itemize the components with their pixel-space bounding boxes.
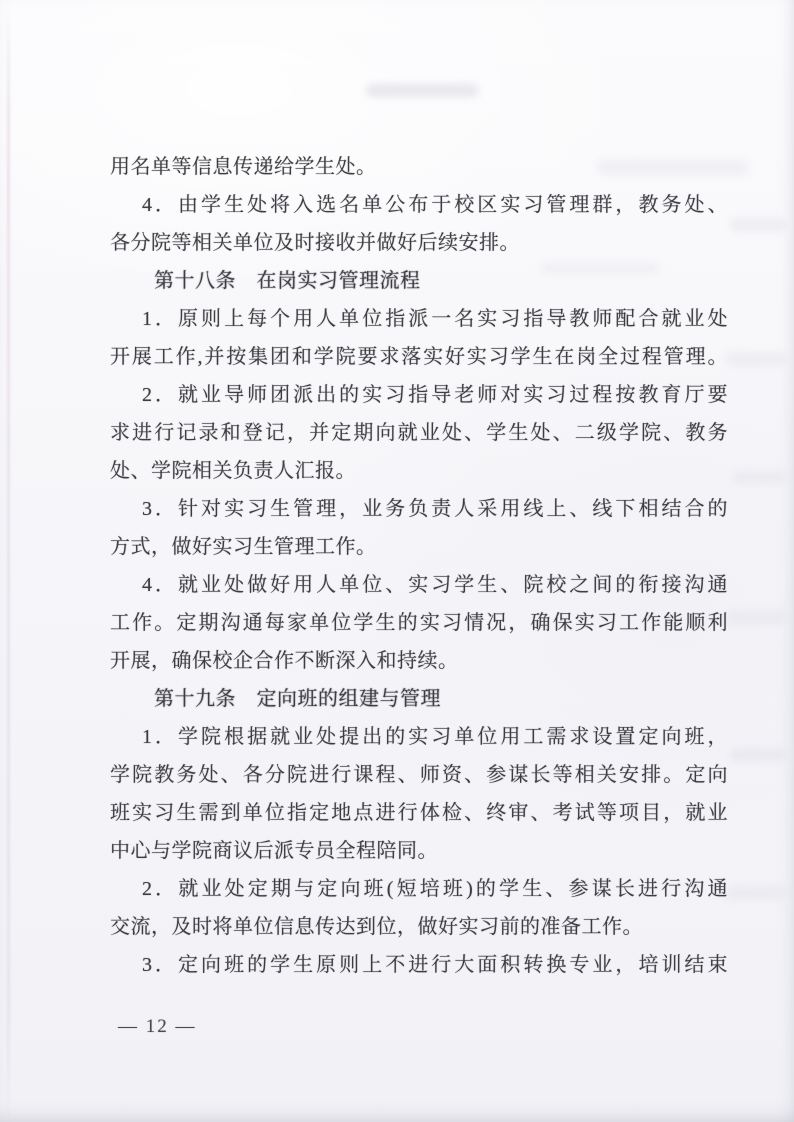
- text-line: 2．就业导师团派出的实习指导老师对实习过程按教育厅要: [110, 376, 728, 414]
- bleedthrough-smudge: [726, 352, 786, 367]
- section-heading-line: 第十九条 定向班的组建与管理: [110, 680, 728, 718]
- bleedthrough-smudge: [732, 470, 786, 484]
- text-line: 方式，做好实习生管理工作。: [110, 528, 728, 566]
- text-line: 1．原则上每个用人单位指派一名实习指导教师配合就业处: [110, 300, 728, 338]
- bleedthrough-smudge: [366, 84, 478, 97]
- text-line: 3．定向班的学生原则上不进行大面积转换专业，培训结束: [110, 946, 728, 984]
- text-line: 交流，及时将单位信息传达到位，做好实习前的准备工作。: [110, 908, 728, 946]
- text-line: 4．就业处做好用人单位、实习学生、院校之间的衔接沟通: [110, 566, 728, 604]
- bleedthrough-smudge: [726, 610, 786, 625]
- bleedthrough-smudge: [730, 218, 786, 232]
- text-line: 求进行记录和登记，并定期向就业处、学生处、二级学院、教务: [110, 414, 728, 452]
- text-line: 1．学院根据就业处提出的实习单位用工需求设置定向班，: [110, 718, 728, 756]
- text-line: 开展工作,并按集团和学院要求落实好实习学生在岗全过程管理。: [110, 338, 728, 376]
- text-line: 开展，确保校企合作不断深入和持续。: [110, 642, 728, 680]
- page-number: — 12 —: [118, 1012, 197, 1042]
- bleedthrough-smudge: [726, 886, 786, 900]
- text-line: 中心与学院商议后派专员全程陪同。: [110, 832, 728, 870]
- text-line: 处、学院相关负责人汇报。: [110, 452, 728, 490]
- section-heading-line: 第十八条 在岗实习管理流程: [110, 262, 728, 300]
- scanned-document-page: 用名单等信息传递给学生处。4．由学生处将入选名单公布于校区实习管理群，教务处、各…: [0, 0, 794, 1122]
- text-line: 2．就业处定期与定向班(短培班)的学生、参谋长进行沟通: [110, 870, 728, 908]
- text-line: 3．针对实习生管理，业务负责人采用线上、线下相结合的: [110, 490, 728, 528]
- text-line: 4．由学生处将入选名单公布于校区实习管理群，教务处、: [110, 186, 728, 224]
- bleedthrough-smudge: [730, 748, 786, 762]
- text-block: 用名单等信息传递给学生处。4．由学生处将入选名单公布于校区实习管理群，教务处、各…: [110, 148, 728, 984]
- scan-edge-shadow: [7, 0, 10, 1122]
- text-line: 用名单等信息传递给学生处。: [110, 148, 728, 186]
- text-line: 各分院等相关单位及时接收并做好后续安排。: [110, 224, 728, 262]
- text-line: 班实习生需到单位指定地点进行体检、终审、考试等项目，就业: [110, 794, 728, 832]
- text-line: 学院教务处、各分院进行课程、师资、参谋长等相关安排。定向: [110, 756, 728, 794]
- text-line: 工作。定期沟通每家单位学生的实习情况，确保实习工作能顺利: [110, 604, 728, 642]
